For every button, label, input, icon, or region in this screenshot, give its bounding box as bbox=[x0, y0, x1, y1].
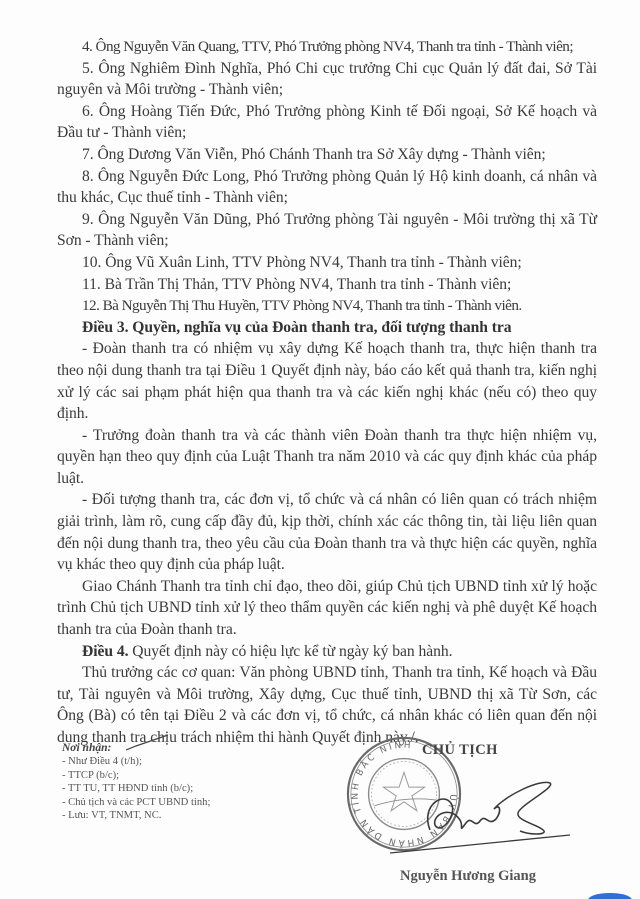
signer-name: Nguyễn Hương Giang bbox=[400, 868, 536, 885]
article-3-heading: Điều 3. Quyền, nghĩa vụ của Đoàn thanh t… bbox=[57, 317, 597, 339]
recipient-item: - TTCP (b/c); bbox=[62, 769, 292, 782]
recipient-item: - Như Điều 4 (t/h); bbox=[62, 755, 292, 768]
signatory-title: CHỦ TỊCH bbox=[422, 742, 498, 759]
recipient-item: - Lưu: VT, TNMT, NC. bbox=[62, 809, 292, 822]
member-item-6: 6. Ông Hoàng Tiến Đức, Phó Trưởng phòng … bbox=[57, 101, 597, 144]
member-item-10: 10. Ông Vũ Xuân Linh, TTV Phòng NV4, Tha… bbox=[57, 252, 597, 274]
signature-block: ỦY BAN NHÂN DÂN TỈNH BẮC NINH CHỦ TỊCH N… bbox=[330, 725, 630, 895]
member-item-5: 5. Ông Nghiêm Đình Nghĩa, Phó Chi cục tr… bbox=[57, 58, 597, 101]
recipients-list: - Như Điều 4 (t/h); - TTCP (b/c); - TT T… bbox=[62, 755, 292, 822]
member-item-7: 7. Ông Dương Văn Viễn, Phó Chánh Thanh t… bbox=[57, 144, 597, 166]
article-4-text: Quyết định này có hiệu lực kể từ ngày ký… bbox=[128, 643, 452, 660]
member-item-9: 9. Ông Nguyễn Văn Dũng, Phó Trưởng phòng… bbox=[57, 209, 597, 252]
article-3-paragraph-2: - Trưởng đoàn thanh tra và các thành viê… bbox=[57, 425, 597, 490]
handwritten-signature-icon bbox=[390, 765, 580, 855]
member-item-11: 11. Bà Trần Thị Thản, TTV Phòng NV4, Tha… bbox=[57, 274, 597, 296]
recipient-item: - Chủ tịch và các PCT UBND tỉnh; bbox=[62, 796, 292, 809]
article-4-heading: Điều 4. bbox=[82, 643, 128, 660]
document-page: 4. Ông Nguyễn Văn Quang, TTV, Phó Trưởng… bbox=[0, 0, 640, 899]
recipients-title-text: Nơi nhận: bbox=[62, 742, 111, 754]
article-3-paragraph-4: Giao Chánh Thanh tra tỉnh chỉ đạo, theo … bbox=[57, 576, 597, 641]
article-3-paragraph-1: - Đoàn thanh tra có nhiệm vụ xây dựng Kế… bbox=[57, 338, 597, 424]
member-item-8: 8. Ông Nguyễn Đức Long, Phó Trưởng phòng… bbox=[57, 166, 597, 209]
pen-mark-icon bbox=[122, 734, 172, 754]
member-item-12: 12. Bà Nguyễn Thị Thu Huyền, TTV Phòng N… bbox=[57, 295, 597, 317]
decision-body: 4. Ông Nguyễn Văn Quang, TTV, Phó Trưởng… bbox=[57, 36, 597, 749]
article-4-line: Điều 4. Quyết định này có hiệu lực kể từ… bbox=[57, 641, 597, 663]
recipients-title: Nơi nhận: bbox=[62, 742, 292, 755]
recipient-item: - TT TU, TT HĐND tỉnh (b/c); bbox=[62, 782, 292, 795]
article-3-paragraph-3: - Đối tượng thanh tra, các đơn vị, tổ ch… bbox=[57, 489, 597, 575]
member-item-4: 4. Ông Nguyễn Văn Quang, TTV, Phó Trưởng… bbox=[57, 36, 597, 58]
recipients-block: Nơi nhận: - Như Điều 4 (t/h); - TTCP (b/… bbox=[62, 742, 292, 822]
